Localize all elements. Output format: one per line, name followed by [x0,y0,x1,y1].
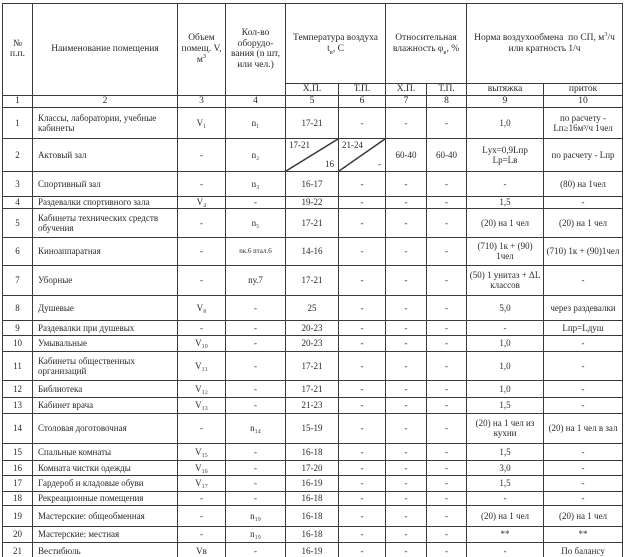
room-name: Мастерские: общеобменная [33,505,178,526]
temp-cold: 14-16 [286,237,339,265]
air-exhaust: (50) 1 унитаз + ΔL классов [467,265,544,295]
humidity-warm: - [427,208,467,237]
air-exhaust: 1,0 [467,351,544,380]
temp-cold: 19-22 [286,196,339,208]
equipment-count: n₂ [226,138,286,171]
temp-cold: 16-18 [286,505,339,526]
temp-warm: - [339,443,386,460]
air-exhaust: (20) на 1 чел [467,208,544,237]
equipment-count: n₅ [226,208,286,237]
humidity-warm: - [427,351,467,380]
header-supply: приток [544,84,623,96]
temp-cold: 17-2116. [286,138,339,171]
air-supply: (710) 1к + (90)1чел [544,237,623,265]
table-row: 15Спальные комнатыV₁₅-16-18---1,5- [3,443,623,460]
temp-cold: 17-21 [286,351,339,380]
header-room-name: Наименование помещения [33,4,178,96]
temp-warm: - [339,505,386,526]
equipment-count: - [226,397,286,413]
row-number: 2 [3,138,33,171]
air-supply: (20) на 1 чел [544,208,623,237]
table-row: 19Мастерские: общеобменная-n₁₉16-18---(2… [3,505,623,526]
room-name: Спальные комнаты [33,443,178,460]
row-number: 17 [3,475,33,491]
room-name: Кабинеты общественных организаций [33,351,178,380]
air-supply: (20) на 1 чел в зал [544,413,623,443]
air-supply: - [544,351,623,380]
temp-warm: - [339,526,386,542]
header-number: № п.п. [3,4,33,96]
temp-warm: - [339,107,386,138]
equipment-count: - [226,320,286,335]
temp-cold: 16-18 [286,526,339,542]
header-equipment: Кол-во оборудо-вания (n шт, или чел.) [226,4,286,96]
air-supply: по расчету - Lпр [544,138,623,171]
table-row: 21ВестибюльVв-16-19----По балансу [3,542,623,557]
humidity-cold: - [386,320,427,335]
column-number-row: 12345678910 [3,95,623,107]
air-exhaust: (20) на 1 чел из кухни [467,413,544,443]
humidity-warm: 60-40 [427,138,467,171]
humidity-warm: - [427,295,467,320]
air-exhaust: 1,0 [467,107,544,138]
table-row: 8ДушевыеV₈-25---5,0через раздевалки [3,295,623,320]
table-row: 12БиблиотекаV₁₂-17-21---1,0- [3,380,623,397]
table-row: 17Гардероб и кладовые обувиV₁₇-16-19---1… [3,475,623,491]
room-volume: Vв [178,542,226,557]
column-number: 8 [427,95,467,107]
humidity-cold: - [386,475,427,491]
humidity-cold: - [386,237,427,265]
equipment-count: - [226,196,286,208]
temp-cold: 15-19 [286,413,339,443]
humidity-cold: - [386,380,427,397]
column-number: 10 [544,95,623,107]
temp-cold: 20-23 [286,320,339,335]
column-number: 2 [33,95,178,107]
humidity-warm: - [427,460,467,475]
humidity-cold: - [386,542,427,557]
humidity-cold: - [386,107,427,138]
header-temp-cold: Х.П. [286,84,339,96]
equipment-count: - [226,335,286,351]
row-number: 8 [3,295,33,320]
equipment-count: n₁ [226,107,286,138]
row-number: 16 [3,460,33,475]
humidity-cold: - [386,171,427,196]
row-number: 11 [3,351,33,380]
column-number: 6 [339,95,386,107]
air-supply: - [544,380,623,397]
room-volume: V₁₇ [178,475,226,491]
row-number: 20 [3,526,33,542]
room-name: Актовый зал [33,138,178,171]
room-volume: - [178,491,226,505]
humidity-warm: - [427,491,467,505]
temp-cold: 17-21 [286,208,339,237]
humidity-warm: - [427,107,467,138]
room-name: Кабинет врача [33,397,178,413]
header-hum-cold: Х.П. [386,84,427,96]
row-number: 15 [3,443,33,460]
temp-cold: 25 [286,295,339,320]
air-exhaust: - [467,542,544,557]
room-volume: - [178,413,226,443]
room-name: Рекреационные помещения [33,491,178,505]
humidity-warm: - [427,265,467,295]
table-row: 11Кабинеты общественных организацийV₁₁-1… [3,351,623,380]
column-number: 4 [226,95,286,107]
humidity-warm: - [427,171,467,196]
air-exhaust: 1,5 [467,443,544,460]
room-volume: V₁₅ [178,443,226,460]
humidity-warm: - [427,443,467,460]
humidity-cold: - [386,413,427,443]
temp-warm: - [339,380,386,397]
temp-warm: - [339,460,386,475]
room-volume: - [178,265,226,295]
table-row: 7Уборные-nу.717-21---(50) 1 унитаз + ΔL … [3,265,623,295]
room-volume: - [178,505,226,526]
table-row: 10УмывальныеV₁₀-20-23---1,0- [3,335,623,351]
temp-cold: 21-23 [286,397,339,413]
equipment-count: - [226,491,286,505]
column-number: 1 [3,95,33,107]
equipment-count: n₁₄ [226,413,286,443]
temp-warm: - [339,475,386,491]
room-volume: V₁₆ [178,460,226,475]
temp-cold: 16-19 [286,475,339,491]
room-name: Раздевалки спортивного зала [33,196,178,208]
row-number: 19 [3,505,33,526]
room-name: Раздевалки при душевых [33,320,178,335]
row-number: 14 [3,413,33,443]
air-supply: - [544,335,623,351]
room-name: Гардероб и кладовые обуви [33,475,178,491]
air-exhaust: (710) 1к + (90) 1чел [467,237,544,265]
room-name: Душевые [33,295,178,320]
room-name: Комната чистки одежды [33,460,178,475]
temp-warm: - [339,265,386,295]
equipment-count: - [226,351,286,380]
temp-warm: - [339,237,386,265]
equipment-count: - [226,380,286,397]
table-row: 2Актовый зал-n₂17-2116.21-24-.60-4060-40… [3,138,623,171]
humidity-warm: - [427,320,467,335]
table-row: 16Комната чистки одеждыV₁₆-17-20---3,0- [3,460,623,475]
row-number: 12 [3,380,33,397]
equipment-count: - [226,542,286,557]
table-row: 3Спортивный зал-n₃16-17----(80) на 1чел [3,171,623,196]
header-air-exchange: Норма воздухообмена по СП, м3/чили кратн… [467,4,623,84]
air-supply: (80) на 1чел [544,171,623,196]
room-volume: V₁ [178,107,226,138]
row-number: 1 [3,107,33,138]
room-name: Кабинеты технических средств обучения [33,208,178,237]
table-row: 4Раздевалки спортивного залаV₄-19-22---1… [3,196,623,208]
row-number: 6 [3,237,33,265]
temp-warm: - [339,542,386,557]
table-row: 5Кабинеты технических средств обучения-n… [3,208,623,237]
temp-cold: 17-21 [286,380,339,397]
temp-cold: 17-20 [286,460,339,475]
room-volume: V₈ [178,295,226,320]
temp-cold: 17-21 [286,265,339,295]
air-supply: - [544,460,623,475]
temp-warm: - [339,171,386,196]
row-number: 21 [3,542,33,557]
equipment-count: n₃ [226,171,286,196]
temp-warm: - [339,320,386,335]
humidity-cold: - [386,196,427,208]
temp-cold: 16-18 [286,491,339,505]
temp-cold: 20-23 [286,335,339,351]
room-volume: - [178,208,226,237]
equipment-count: n₁₉ [226,505,286,526]
humidity-cold: - [386,335,427,351]
header-temperature: Температура воздуха tв, С [286,4,386,84]
room-name: Столовая доготовочная [33,413,178,443]
row-number: 7 [3,265,33,295]
column-number: 5 [286,95,339,107]
air-exhaust: - [467,491,544,505]
air-exhaust: 3,0 [467,460,544,475]
humidity-cold: - [386,265,427,295]
ventilation-norms-table: № п.п. Наименование помещения Объем поме… [2,3,623,557]
air-supply: по расчету - Lп≥16м³/ч 1чел [544,107,623,138]
air-exhaust: 5,0 [467,295,544,320]
column-number: 7 [386,95,427,107]
air-supply: Lпр=Lдуш [544,320,623,335]
table-row: 1Классы, лаборатории, учебные кабинетыV₁… [3,107,623,138]
header-volume: Объем помещ. V, м3 [178,4,226,96]
humidity-warm: - [427,397,467,413]
air-exhaust: 1,5 [467,475,544,491]
humidity-warm: - [427,542,467,557]
humidity-cold: - [386,491,427,505]
air-supply: - [544,397,623,413]
humidity-cold: - [386,351,427,380]
room-volume: V₁₂ [178,380,226,397]
row-number: 18 [3,491,33,505]
room-name: Библиотека [33,380,178,397]
humidity-cold: - [386,505,427,526]
humidity-warm: - [427,475,467,491]
humidity-warm: - [427,335,467,351]
room-name: Спортивный зал [33,171,178,196]
room-volume: V₁₃ [178,397,226,413]
air-supply: - [544,196,623,208]
equipment-count: n₁₉ [226,526,286,542]
table-row: 13Кабинет врачаV₁₃-21-23---1,5- [3,397,623,413]
air-exhaust: 1,0 [467,335,544,351]
air-exhaust: ** [467,526,544,542]
table-row: 14Столовая доготовочная-n₁₄15-19---(20) … [3,413,623,443]
air-supply: через раздевалки [544,295,623,320]
humidity-warm: - [427,413,467,443]
equipment-count: - [226,295,286,320]
header-hum-warm: Т.П. [427,84,467,96]
humidity-warm: - [427,526,467,542]
room-volume: V₄ [178,196,226,208]
equipment-count: - [226,443,286,460]
temp-cold: 16-17 [286,171,339,196]
temp-warm: - [339,351,386,380]
humidity-cold: - [386,443,427,460]
temp-warm: - [339,196,386,208]
air-exhaust: Lух=0,9Lпр Lр=Lв [467,138,544,171]
air-exhaust: 1,0 [467,380,544,397]
row-number: 5 [3,208,33,237]
header-exhaust: вытяжка [467,84,544,96]
temp-cold: 16-19 [286,542,339,557]
humidity-cold: - [386,295,427,320]
air-exhaust: - [467,171,544,196]
room-volume: V₁₀ [178,335,226,351]
room-volume: - [178,138,226,171]
room-volume: - [178,237,226,265]
temp-warm: 21-24-. [339,138,386,171]
temp-warm: - [339,295,386,320]
air-supply: ** [544,526,623,542]
room-name: Классы, лаборатории, учебные кабинеты [33,107,178,138]
air-supply: - [544,491,623,505]
header-temp-warm: Т.П. [339,84,386,96]
temp-cold: 16-18 [286,443,339,460]
humidity-warm: - [427,505,467,526]
temp-warm: - [339,397,386,413]
temp-warm: - [339,335,386,351]
room-name: Вестибюль [33,542,178,557]
equipment-count: - [226,475,286,491]
row-number: 13 [3,397,33,413]
table-row: 6Киноаппаратная-nк.6 nтал.614-16---(710)… [3,237,623,265]
temp-warm: - [339,208,386,237]
header-humidity: Относительная влажность φв, % [386,4,467,84]
room-name: Мастерские: местная [33,526,178,542]
column-number: 9 [467,95,544,107]
temp-warm: - [339,491,386,505]
humidity-cold: - [386,526,427,542]
humidity-cold: - [386,397,427,413]
room-name: Умывальные [33,335,178,351]
table-row: 18Рекреационные помещения--16-18----- [3,491,623,505]
table-row: 20Мастерские: местная-n₁₉16-18---**** [3,526,623,542]
row-number: 9 [3,320,33,335]
room-volume: - [178,171,226,196]
air-supply: По балансу [544,542,623,557]
air-exhaust: 1,5 [467,196,544,208]
humidity-warm: - [427,380,467,397]
row-number: 3 [3,171,33,196]
table-row: 9Раздевалки при душевых--20-23----Lпр=Lд… [3,320,623,335]
humidity-cold: 60-40 [386,138,427,171]
row-number: 4 [3,196,33,208]
temp-warm: - [339,413,386,443]
room-volume: - [178,320,226,335]
room-volume: V₁₁ [178,351,226,380]
air-supply: (20) на 1 чел [544,505,623,526]
room-name: Уборные [33,265,178,295]
air-supply: - [544,443,623,460]
equipment-count: nк.6 nтал.6 [226,237,286,265]
column-number: 3 [178,95,226,107]
air-supply: - [544,475,623,491]
air-exhaust: (20) на 1 чел [467,505,544,526]
room-volume: - [178,526,226,542]
equipment-count: - [226,460,286,475]
air-exhaust: - [467,320,544,335]
humidity-warm: - [427,196,467,208]
temp-cold: 17-21 [286,107,339,138]
humidity-cold: - [386,460,427,475]
humidity-warm: - [427,237,467,265]
humidity-cold: - [386,208,427,237]
room-name: Киноаппаратная [33,237,178,265]
air-supply: - [544,265,623,295]
air-exhaust: 1,5 [467,397,544,413]
equipment-count: nу.7 [226,265,286,295]
row-number: 10 [3,335,33,351]
